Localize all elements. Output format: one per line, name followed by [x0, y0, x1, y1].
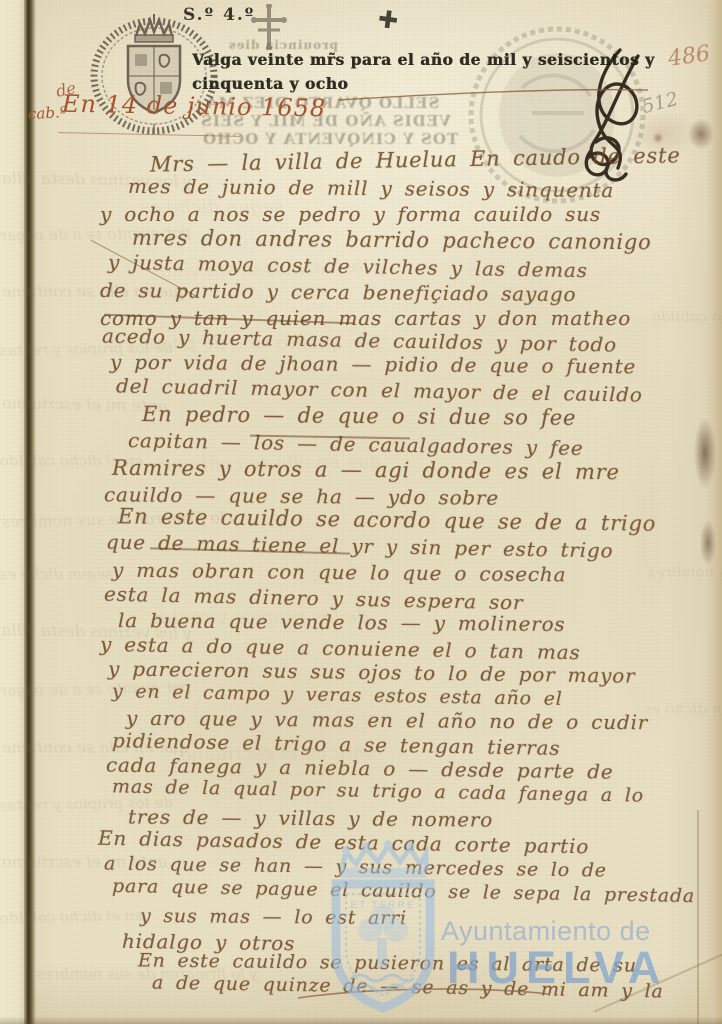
scanned-manuscript-page: S.º 4.º ✚ Valga veinte mr̃s para el año …	[0, 0, 722, 1024]
huelva-coat-of-arms-watermark: ET TERRE	[320, 834, 446, 1020]
bleedthrough-line: de los propios y rentas	[0, 793, 173, 814]
bleedthrough-line: en el dicho cabildo	[652, 308, 722, 326]
bleedthrough-line: segun dicho es	[140, 196, 283, 218]
watermark-text-line2: HUELVA	[447, 942, 667, 994]
bleedthrough-line: por quanto se a de pagar	[140, 332, 382, 354]
bleedthrough-line: ante mi el escriuano	[2, 852, 167, 871]
manuscript-line: En pedro — de que o si due so fee	[142, 402, 576, 430]
bleedthrough-line: ante mi el escriuano	[2, 394, 167, 416]
bleedthrough-line: de los propios y rentas	[150, 606, 369, 628]
bleedthrough-line: ante mi el escriuano	[180, 740, 376, 765]
manuscript-line: mres don andres barrido pacheco canonigo	[132, 226, 652, 255]
verso-stamp-text-small: prouincia dies	[228, 38, 338, 52]
bleedthrough-line: segun dicho es	[0, 565, 113, 583]
bleedthrough-line: segun dicho es	[644, 700, 722, 718]
watermark-motto: ET TERRE	[350, 900, 415, 911]
bleedthrough-line: y los vezinos desta villa	[160, 256, 386, 282]
bleedthrough-line: que en ella se contiene	[2, 738, 189, 757]
bleedthrough-line: en el dicho cabildo	[0, 452, 143, 470]
date-note: En 14 de junio 1658	[62, 90, 327, 123]
bleedthrough-line: y los vezinos desta villa	[2, 168, 193, 190]
manuscript-line: y mas obran con que lo que o cosecha	[112, 558, 567, 587]
bleedthrough-line: y lo firmaron de sus nombres	[36, 965, 258, 983]
small-cross-icon: ✚	[376, 5, 400, 36]
seal-class-notation: S.º 4.º	[183, 5, 255, 25]
bleedthrough-line: y lo firmaron de sus nombres	[648, 560, 722, 582]
verso-stamp-text-line3: TOS Y CINQVENTA Y OCHO	[202, 130, 458, 148]
bleedthrough-line: por quanto se a de pagar	[0, 678, 191, 699]
bleedthrough-line: en el dicho cabildo	[0, 907, 143, 927]
bleedthrough-line: que en ella se contiene	[2, 282, 189, 301]
page-right-edge	[706, 0, 722, 1024]
bleedthrough-line: que en ella se contiene	[160, 450, 382, 476]
stamp-text-line2: cinquenta y ocho	[192, 74, 348, 93]
